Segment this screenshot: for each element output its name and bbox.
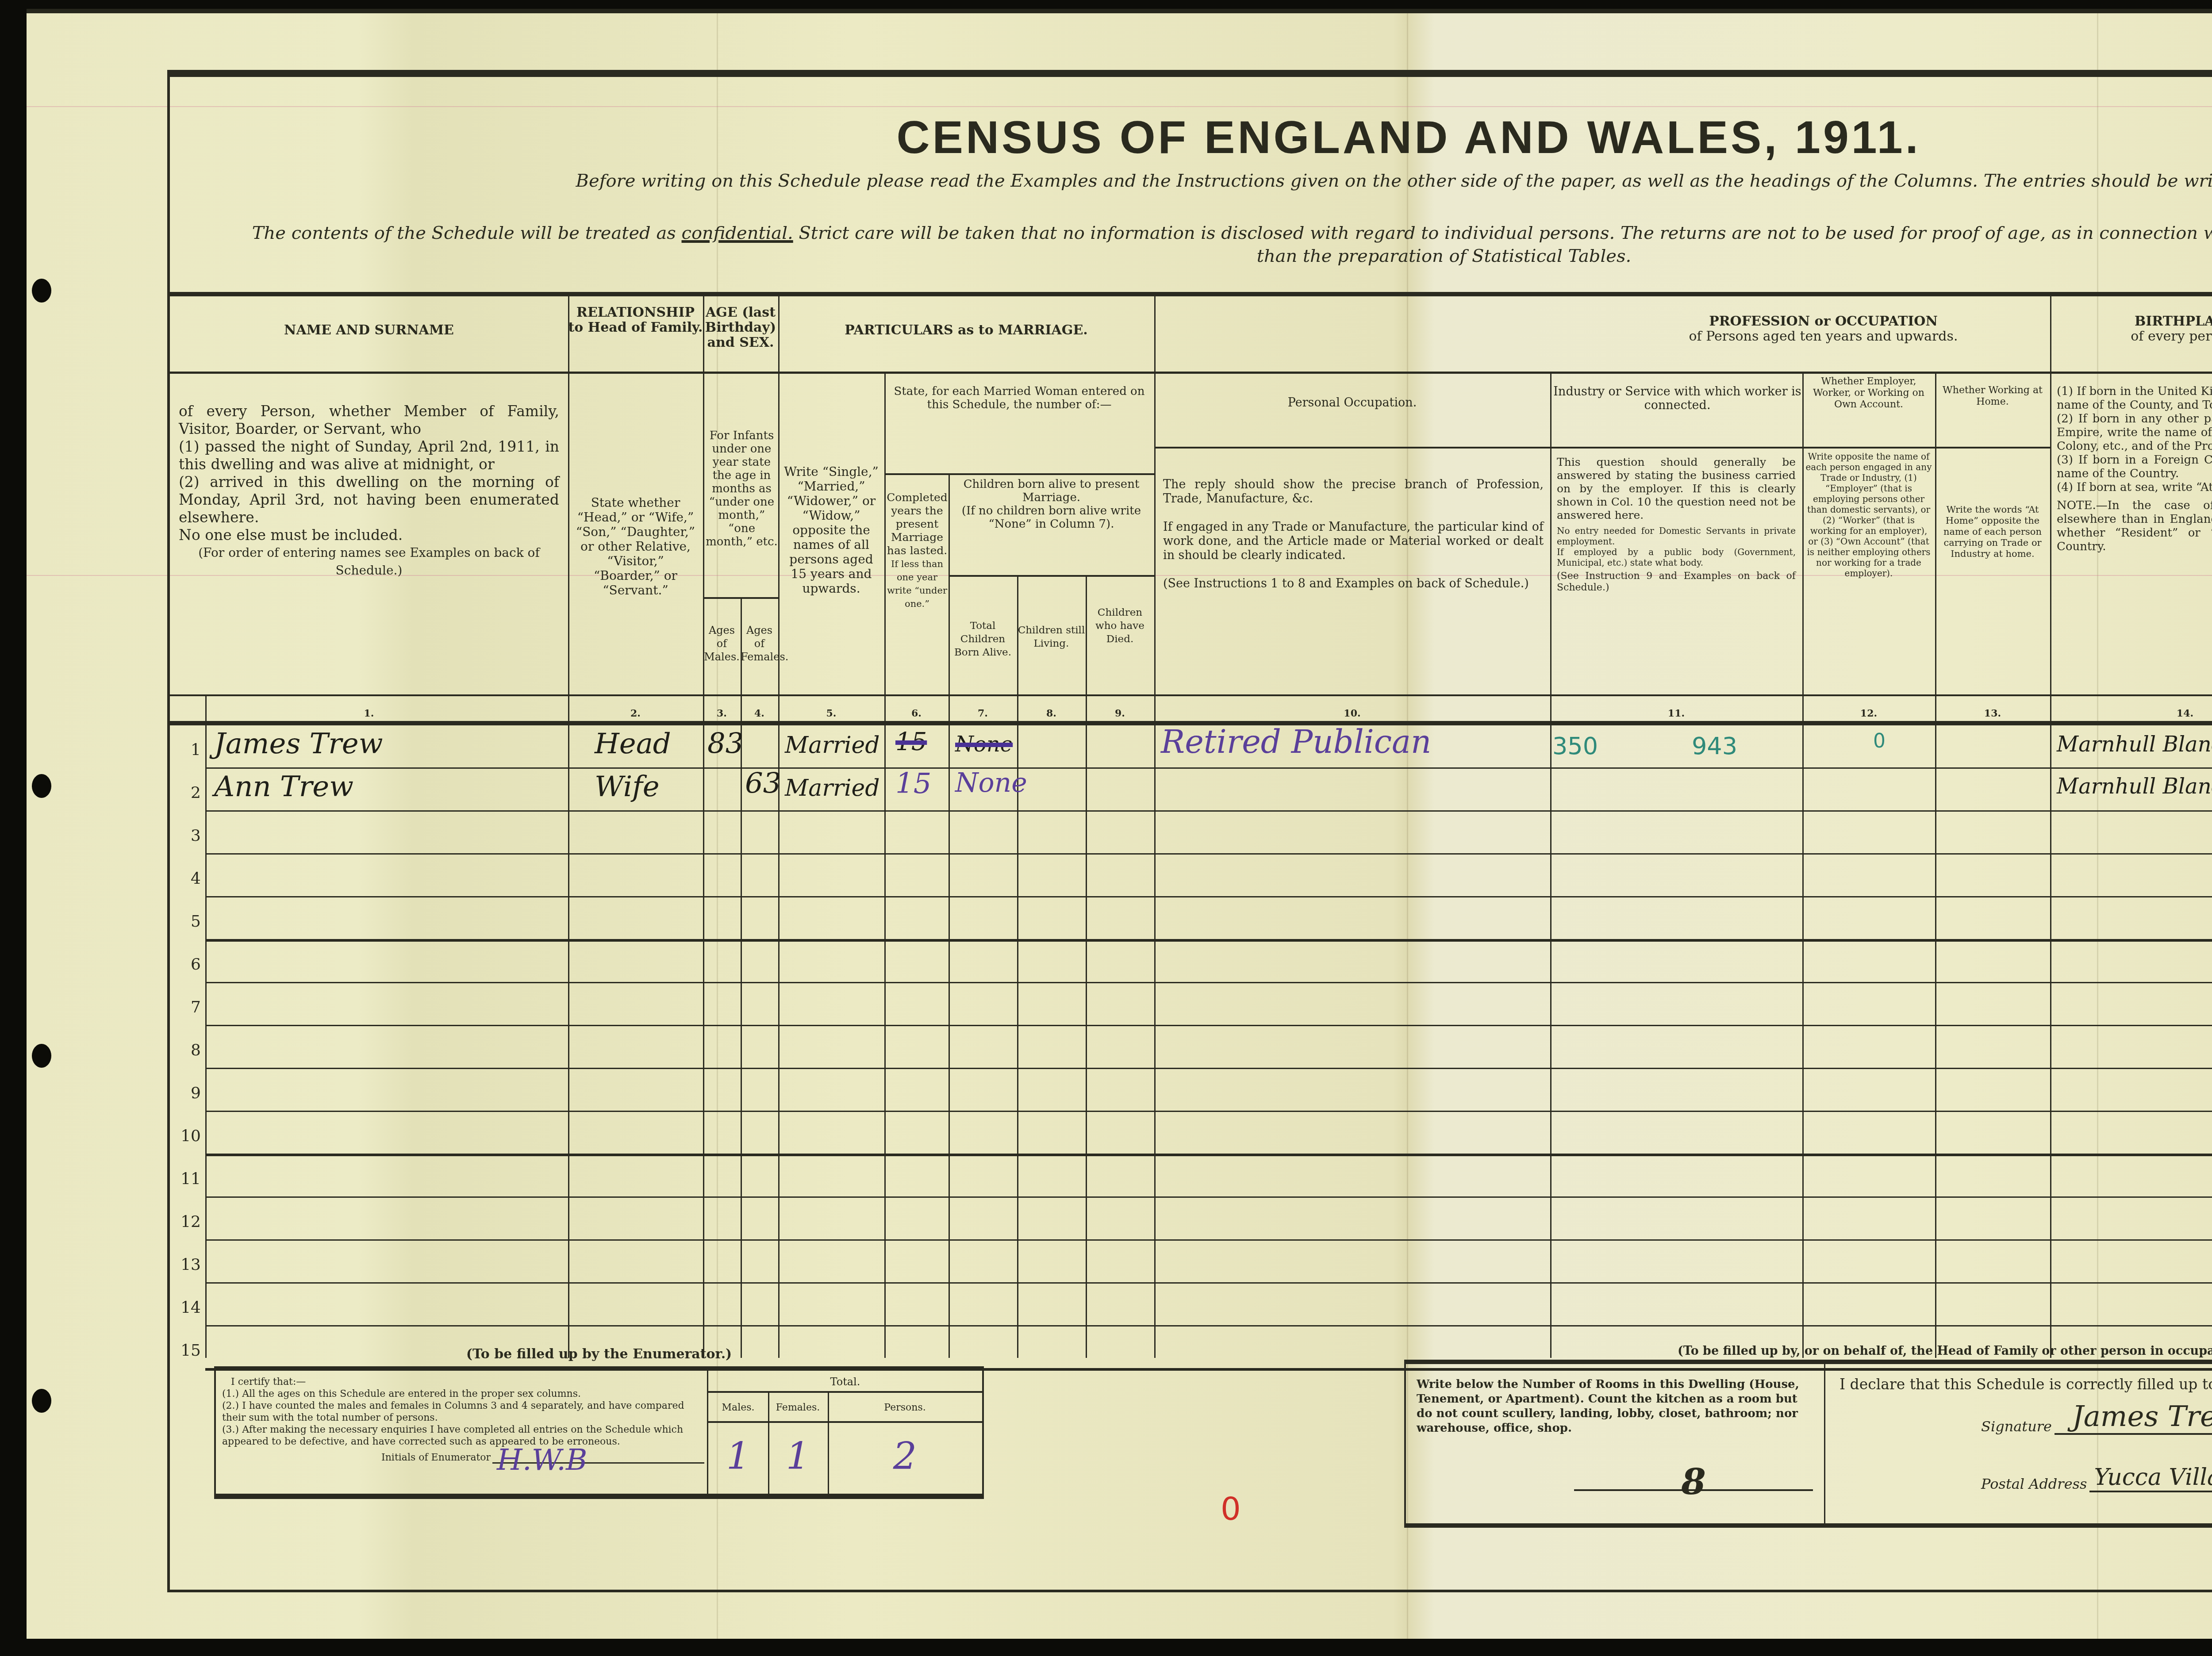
row-number: 2 <box>170 784 201 802</box>
header-birthplace: BIRTHPLACE of every person. <box>2050 314 2212 344</box>
age-instructions: For Infants under one year state the age… <box>705 429 778 548</box>
totals-table: Total. Males. Females. Persons. 1 1 2 <box>707 1371 982 1494</box>
rooms-instructions: Write below the Number of Rooms in this … <box>1406 1364 1825 1523</box>
row-rule <box>205 1025 2212 1026</box>
header-industry: Industry or Service with which worker is… <box>1552 385 1802 412</box>
header-working-at-home: Whether Working at Home. <box>1937 385 2048 408</box>
document-title: CENSUS OF ENGLAND AND WALES, 1911. <box>789 111 2028 164</box>
initials-label: Initials of Enumerator <box>381 1452 491 1464</box>
row1-birthplace[interactable]: Marnhull Blandford <box>2057 732 2212 757</box>
head-of-family-caption: (To be filled up by, or on behalf of, th… <box>1404 1344 2212 1358</box>
total-females[interactable]: 1 <box>768 1423 828 1494</box>
certificate-text: I certify that:— (1.) All the ages on th… <box>222 1376 704 1464</box>
condition-instructions: Write “Single,” “Married,” “Widower,” or… <box>780 464 882 596</box>
header-years-married: Completed years the present Marriage has… <box>887 491 948 610</box>
row2-relationship[interactable]: Wife <box>595 770 660 803</box>
row2-years-married[interactable]: 15 <box>895 767 931 800</box>
married-woman-instructions: State, for each Married Woman entered on… <box>887 385 1152 411</box>
header-ages-females: Ages of Females. <box>741 624 778 663</box>
census-schedule-sheet: CENSUS OF ENGLAND AND WALES, 1911. Befor… <box>27 9 2212 1639</box>
row-number: 3 <box>170 827 201 845</box>
row-number: 4 <box>170 870 201 888</box>
row-rule <box>205 853 2212 855</box>
row-rule <box>205 1325 2212 1326</box>
binding-hole <box>32 279 51 303</box>
row-rule <box>205 810 2212 812</box>
row1-years-married[interactable]: 15 <box>895 728 927 756</box>
binding-hole <box>32 1389 51 1413</box>
header-ages-males: Ages of Males. <box>703 624 741 663</box>
instruction-line: Before writing on this Schedule please r… <box>205 171 2212 191</box>
confidential-notice: The contents of the Schedule will be tre… <box>205 223 2212 243</box>
row-number: 1 <box>170 741 201 759</box>
row1-occupation-code[interactable]: 350 <box>1552 732 1598 760</box>
initials-value: H.W.B <box>497 1454 587 1466</box>
binding-hole <box>32 774 51 798</box>
postal-address-field[interactable]: Yucca Villa Lytchett Matravers Nr Poole <box>2089 1466 2212 1492</box>
head-of-family-declaration: Write below the Number of Rooms in this … <box>1404 1360 2212 1528</box>
row-number: 5 <box>170 912 201 931</box>
total-males[interactable]: 1 <box>708 1423 768 1494</box>
postal-address-value: Yucca Villa Lytchett Matravers Nr Poole <box>2094 1464 2212 1491</box>
row-rule <box>205 982 2212 983</box>
row-number: 10 <box>170 1127 201 1145</box>
header-relationship: RELATIONSHIP to Head of Family. <box>568 305 703 335</box>
rooms-count[interactable]: 8 <box>1574 1475 1813 1491</box>
row-rule <box>205 1196 2212 1198</box>
row1-status-code[interactable]: 0 <box>1873 730 1886 752</box>
employer-instructions: Write opposite the name of each person e… <box>1805 451 1933 579</box>
industry-instructions: This question should generally be answer… <box>1557 456 1796 594</box>
row-number: 7 <box>170 998 201 1016</box>
red-check-mark: 0 <box>1221 1490 1241 1527</box>
row-rule <box>205 1111 2212 1112</box>
header-age: AGE (last Birthday) and SEX. <box>703 305 778 350</box>
row1-occupation[interactable]: Retired Publican <box>1161 723 1431 760</box>
row-number: 13 <box>170 1256 201 1274</box>
row-rule <box>205 1282 2212 1284</box>
row-number: 14 <box>170 1299 201 1317</box>
confidential-word: confidential. <box>682 223 793 243</box>
row2-condition[interactable]: Married <box>785 775 880 801</box>
birthplace-instructions: (1) If born in the United Kingdom, write… <box>2057 385 2212 554</box>
declaration-text: I declare that this Schedule is correctl… <box>1839 1376 2212 1393</box>
enumerator-certificate: I certify that:— (1.) All the ages on th… <box>214 1366 984 1499</box>
relationship-instructions: State whether “Head,” or “Wife,” “Son,” … <box>572 495 699 598</box>
postal-address-label: Postal Address <box>1981 1476 2087 1492</box>
name-instructions: of every Person, whether Member of Famil… <box>179 402 559 579</box>
row1-industry-code[interactable]: 943 <box>1692 732 1737 760</box>
row1-age-male[interactable]: 83 <box>707 728 743 760</box>
row-rule <box>205 939 2212 942</box>
total-persons[interactable]: 2 <box>828 1423 982 1494</box>
children-instructions: Children born alive to present Marriage.… <box>951 478 1152 531</box>
row-rule <box>205 1239 2212 1241</box>
row-number: 6 <box>170 955 201 974</box>
row-rule <box>205 1154 2212 1156</box>
row2-age-female[interactable]: 63 <box>745 767 781 800</box>
row-number: 9 <box>170 1084 201 1102</box>
header-name: NAME AND SURNAME <box>170 323 568 338</box>
row-rule <box>205 1068 2212 1069</box>
binding-hole <box>32 1044 51 1068</box>
signature-label: Signature <box>1981 1418 2052 1435</box>
occupation-instructions: The reply should show the precise branch… <box>1163 478 1544 591</box>
row1-name[interactable]: James Trew <box>214 728 383 760</box>
row1-relationship[interactable]: Head <box>595 728 671 760</box>
row-rule <box>205 896 2212 897</box>
row1-condition[interactable]: Married <box>785 732 880 759</box>
header-personal-occupation: Personal Occupation. <box>1154 396 1550 410</box>
header-children-total: Total Children Born Alive. <box>949 619 1017 659</box>
row-number: 11 <box>170 1170 201 1188</box>
row2-birthplace[interactable]: Marnhull Blandford <box>2057 774 2212 799</box>
row-number: 15 <box>170 1342 201 1360</box>
initials-field[interactable]: H.W.B <box>492 1450 704 1464</box>
header-marriage: PARTICULARS as to MARRIAGE. <box>778 323 1154 338</box>
row-number: 8 <box>170 1041 201 1059</box>
row2-name[interactable]: Ann Trew <box>214 770 353 803</box>
row1-children-total[interactable]: None <box>955 732 1013 757</box>
header-children-died: Children who have Died. <box>1086 606 1154 646</box>
header-employer-status: Whether Employer, Worker, or Working on … <box>1805 376 1933 410</box>
household-table: NAME AND SURNAME RELATIONSHIP to Head of… <box>170 292 2212 1353</box>
row-rule <box>205 767 2212 769</box>
header-children-living: Children still Living. <box>1017 624 1086 650</box>
signature-value: James Trew <box>2072 1400 2212 1433</box>
signature-field[interactable]: James Trew <box>2055 1408 2212 1435</box>
home-instructions: Write the words “At Home” opposite the n… <box>1937 504 2048 560</box>
form-frame: CENSUS OF ENGLAND AND WALES, 1911. Befor… <box>167 70 2212 1592</box>
confidential-notice-line2: than the preparation of Statistical Tabl… <box>205 246 2212 266</box>
row2-children-total[interactable]: None <box>955 767 1027 798</box>
enumerator-caption: (To be filled up by the Enumerator.) <box>214 1346 984 1362</box>
row-number: 12 <box>170 1213 201 1231</box>
